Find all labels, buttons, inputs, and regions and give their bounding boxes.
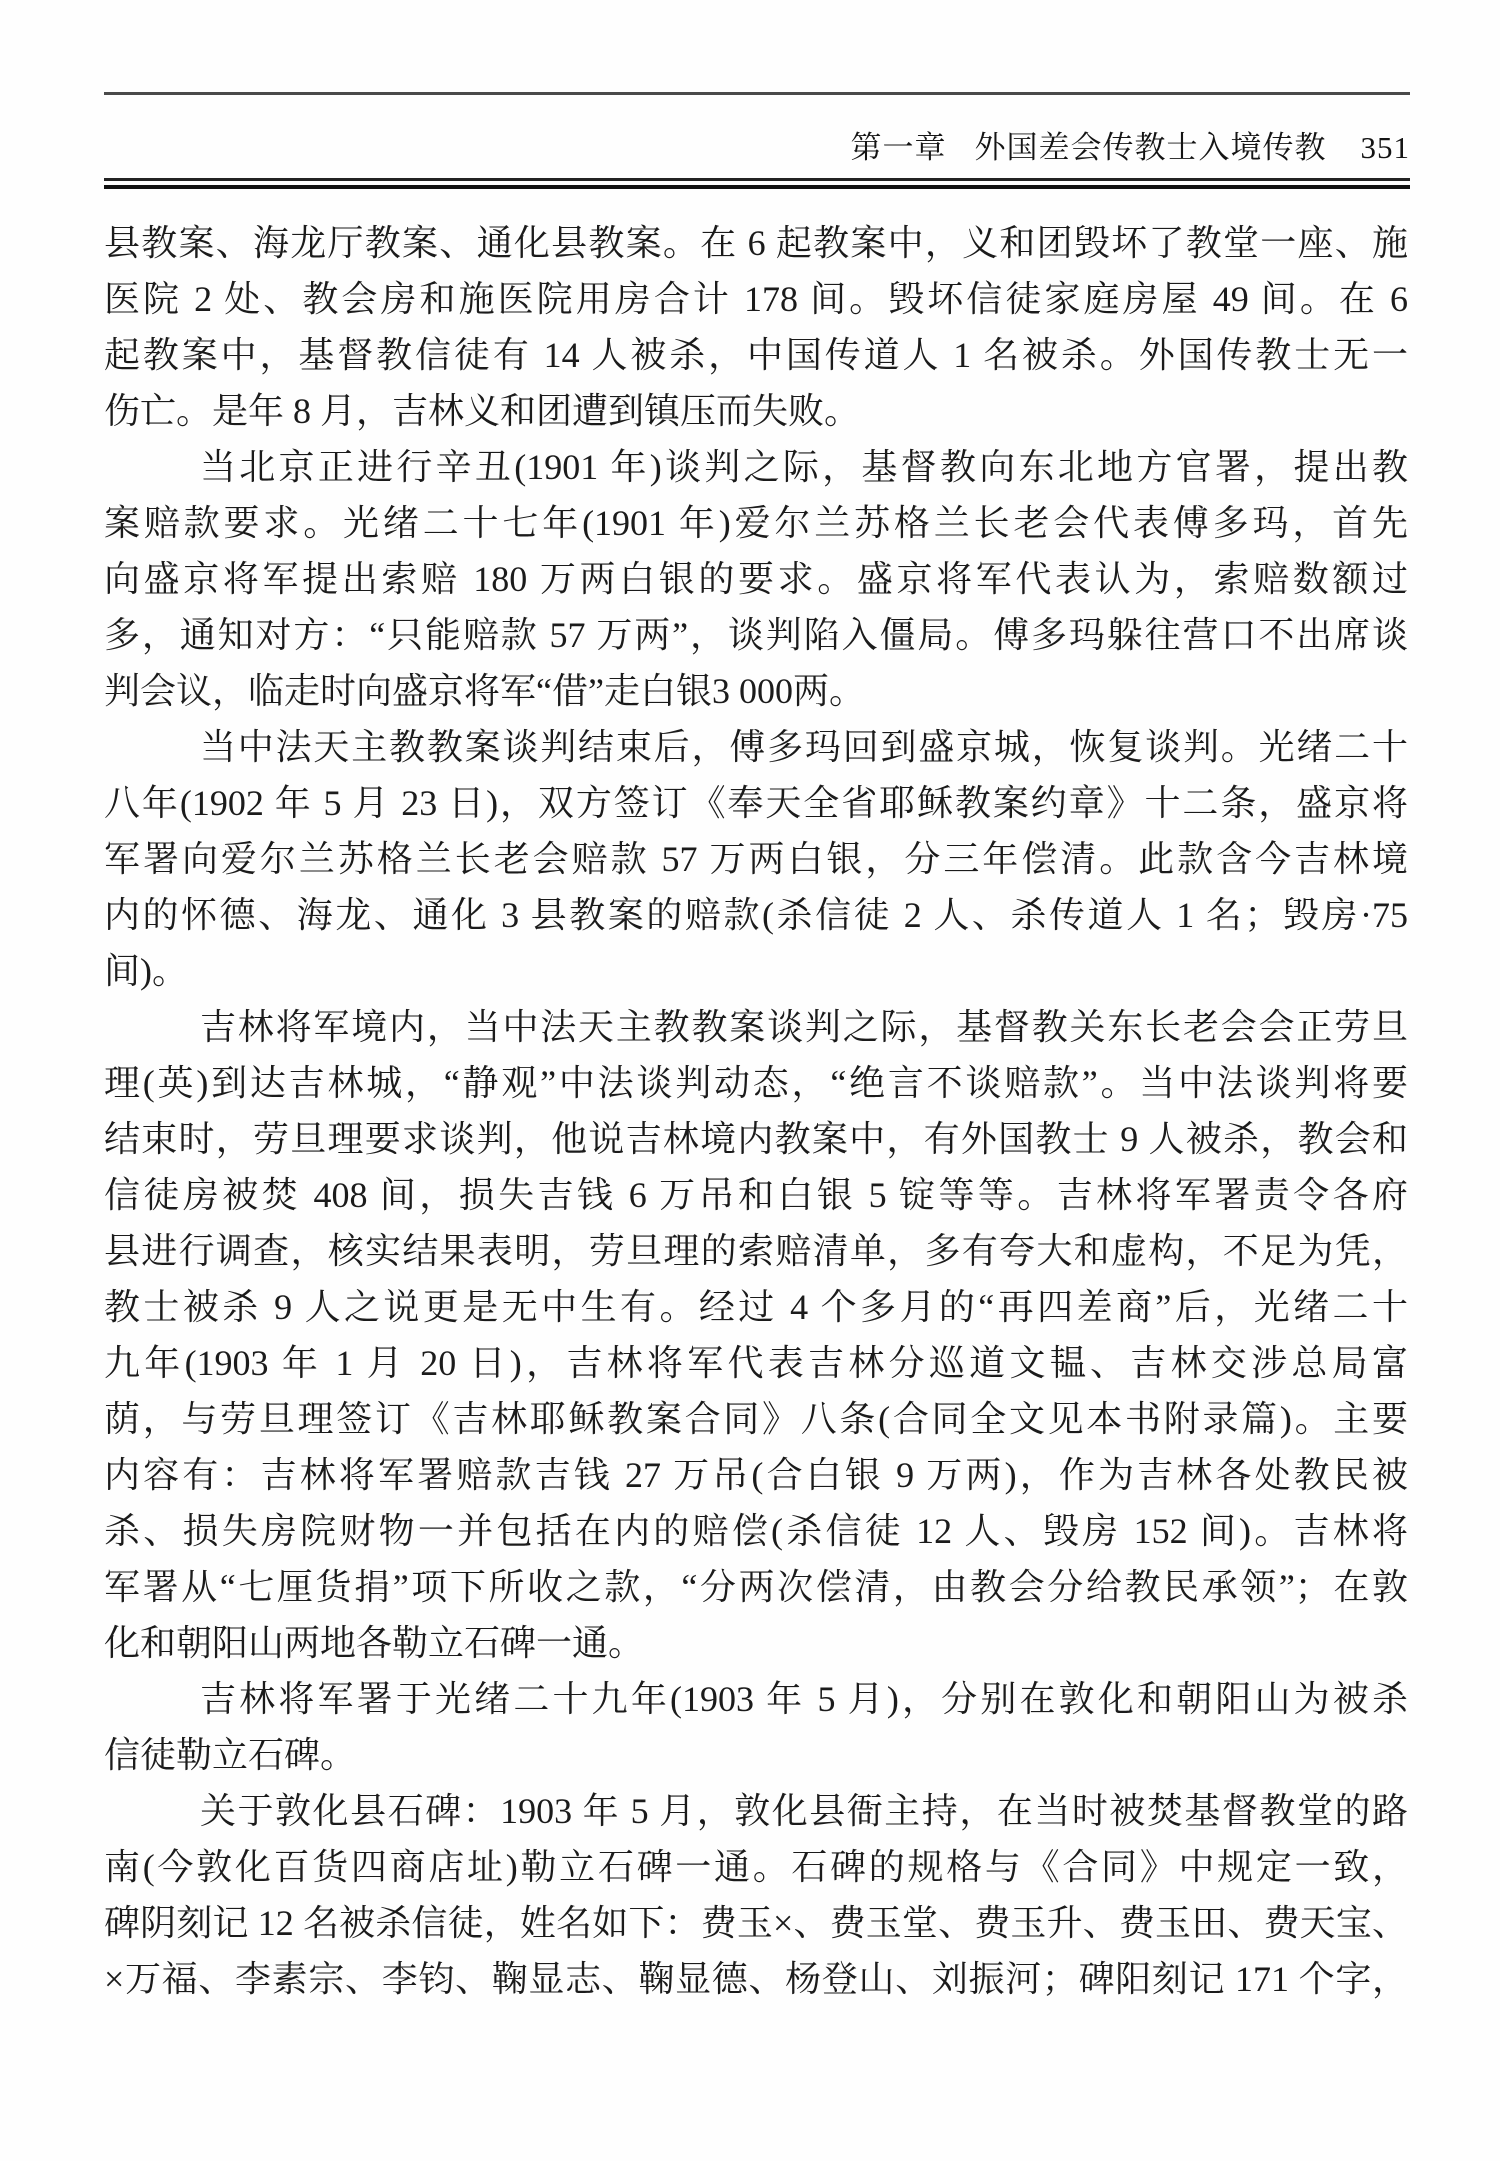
text-line: 教士被杀 9 人之说更是无中生有。经过 4 个多月的“再四差商”后，光绪二十 xyxy=(104,1279,1408,1335)
text-line: 吉林将军署于光绪二十九年(1903 年 5 月)，分别在敦化和朝阳山为被杀 xyxy=(104,1671,1408,1727)
text-line: 荫，与劳旦理签订《吉林耶稣教案合同》八条(合同全文见本书附录篇)。主要 xyxy=(104,1391,1408,1447)
text-line: 军署从“七厘货捐”项下所收之款，“分两次偿清，由教会分给教民承领”；在敦 xyxy=(104,1559,1408,1615)
page-number: 351 xyxy=(1361,130,1411,165)
text-line: 内容有：吉林将军署赔款吉钱 27 万吊(合白银 9 万两)，作为吉林各处教民被 xyxy=(104,1447,1408,1503)
text-line: 当北京正进行辛丑(1901 年)谈判之际，基督教向东北地方官署，提出教 xyxy=(104,439,1408,495)
text-line: 理(英)到达吉林城，“静观”中法谈判动态，“绝言不谈赔款”。当中法谈判将要 xyxy=(104,1055,1408,1111)
chapter-label: 第一章 xyxy=(851,130,947,165)
text-line: 判会议，临走时向盛京将军“借”走白银3 000两。 xyxy=(104,663,1408,719)
text-line: 医院 2 处、教会房和施医院用房合计 178 间。毁坏信徒家庭房屋 49 间。在… xyxy=(104,271,1408,327)
text-line: 结束时，劳旦理要求谈判，他说吉林境内教案中，有外国教士 9 人被杀，教会和 xyxy=(104,1111,1408,1167)
paragraph: 吉林将军境内，当中法天主教教案谈判之际，基督教关东长老会会正劳旦理(英)到达吉林… xyxy=(104,999,1408,1671)
text-line: 内的怀德、海龙、通化 3 县教案的赔款(杀信徒 2 人、杀传道人 1 名；毁房·… xyxy=(104,887,1408,943)
text-line: 向盛京将军提出索赔 180 万两白银的要求。盛京将军代表认为，索赔数额过 xyxy=(104,551,1408,607)
book-page: 第一章外国差会传教士入境传教351 县教案、海龙厅教案、通化县教案。在 6 起教… xyxy=(0,0,1500,2161)
chapter-title: 外国差会传教士入境传教 xyxy=(975,130,1327,165)
running-header: 第一章外国差会传教士入境传教351 xyxy=(104,126,1410,170)
text-line: 九年(1903 年 1 月 20 日)，吉林将军代表吉林分巡道文韫、吉林交涉总局… xyxy=(104,1335,1408,1391)
text-line: 伤亡。是年 8 月，吉林义和团遭到镇压而失败。 xyxy=(104,383,1408,439)
page-body: 县教案、海龙厅教案、通化县教案。在 6 起教案中，义和团毁坏了教堂一座、施医院 … xyxy=(104,215,1408,2007)
text-line: 多，通知对方：“只能赔款 57 万两”，谈判陷入僵局。傅多玛躲往营口不出席谈 xyxy=(104,607,1408,663)
text-line: 杀、损失房院财物一并包括在内的赔偿(杀信徒 12 人、毁房 152 间)。吉林将 xyxy=(104,1503,1408,1559)
text-line: 起教案中，基督教信徒有 14 人被杀，中国传道人 1 名被杀。外国传教士无一 xyxy=(104,327,1408,383)
text-line: 县教案、海龙厅教案、通化县教案。在 6 起教案中，义和团毁坏了教堂一座、施 xyxy=(104,215,1408,271)
text-line: 信徒勒立石碑。 xyxy=(104,1727,1408,1783)
text-line: 关于敦化县石碑：1903 年 5 月，敦化县衙主持，在当时被焚基督教堂的路 xyxy=(104,1783,1408,1839)
text-line: 吉林将军境内，当中法天主教教案谈判之际，基督教关东长老会会正劳旦 xyxy=(104,999,1408,1055)
text-line: 案赔款要求。光绪二十七年(1901 年)爱尔兰苏格兰长老会代表傅多玛，首先 xyxy=(104,495,1408,551)
header-double-rule xyxy=(104,178,1410,189)
header-top-rule xyxy=(104,92,1410,95)
paragraph: 关于敦化县石碑：1903 年 5 月，敦化县衙主持，在当时被焚基督教堂的路南(今… xyxy=(104,1783,1408,2007)
text-line: 南(今敦化百货四商店址)勒立石碑一通。石碑的规格与《合同》中规定一致， xyxy=(104,1839,1408,1895)
text-line: 八年(1902 年 5 月 23 日)，双方签订《奉天全省耶稣教案约章》十二条，… xyxy=(104,775,1408,831)
text-line: 化和朝阳山两地各勒立石碑一通。 xyxy=(104,1615,1408,1671)
paragraph: 吉林将军署于光绪二十九年(1903 年 5 月)，分别在敦化和朝阳山为被杀信徒勒… xyxy=(104,1671,1408,1783)
text-line: 信徒房被焚 408 间，损失吉钱 6 万吊和白银 5 锭等等。吉林将军署责令各府 xyxy=(104,1167,1408,1223)
text-line: 当中法天主教教案谈判结束后，傅多玛回到盛京城，恢复谈判。光绪二十 xyxy=(104,719,1408,775)
paragraph: 当中法天主教教案谈判结束后，傅多玛回到盛京城，恢复谈判。光绪二十八年(1902 … xyxy=(104,719,1408,999)
text-line: ×万福、李素宗、李钧、鞠显志、鞠显德、杨登山、刘振河；碑阳刻记 171 个字，简 xyxy=(104,1951,1408,2007)
text-line: 碑阴刻记 12 名被杀信徒，姓名如下：费玉×、费玉堂、费玉升、费玉田、费天宝、 xyxy=(104,1895,1408,1951)
text-line: 间)。 xyxy=(104,943,1408,999)
text-line: 县进行调查，核实结果表明，劳旦理的索赔清单，多有夸大和虚构，不足为凭， xyxy=(104,1223,1408,1279)
paragraph: 当北京正进行辛丑(1901 年)谈判之际，基督教向东北地方官署，提出教案赔款要求… xyxy=(104,439,1408,719)
paragraph: 县教案、海龙厅教案、通化县教案。在 6 起教案中，义和团毁坏了教堂一座、施医院 … xyxy=(104,215,1408,439)
text-line: 军署向爱尔兰苏格兰长老会赔款 57 万两白银，分三年偿清。此款含今吉林境 xyxy=(104,831,1408,887)
